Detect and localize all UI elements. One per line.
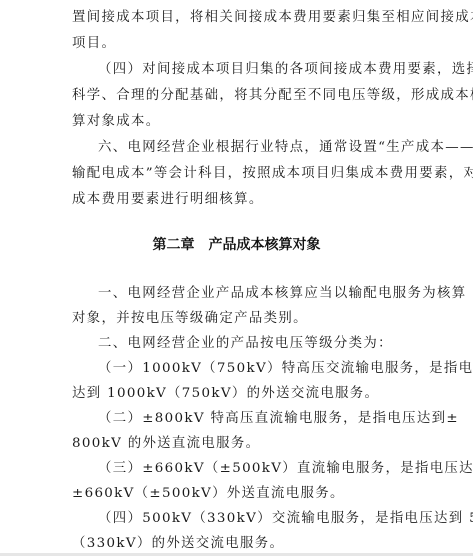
paragraph-line: ±660kV（±500kV）外送直流电服务。: [72, 486, 402, 502]
paragraph-line: 达到 1000kV（750kV）的外送交流电服务。: [72, 386, 402, 402]
paragraph-line: （一）1000kV（750kV）特高压交流输电服务，是指电压: [98, 361, 402, 377]
document-page: 置间接成本项目，将相关间接成本费用要素归集至相应间接成本 项目。 （四）对间接成…: [0, 0, 473, 553]
paragraph-line: 项目。: [72, 36, 402, 52]
chapter-heading: 第二章产品成本核算对象: [0, 236, 473, 254]
paragraph-line: 科学、合理的分配基础，将其分配至不同电压等级，形成成本核: [72, 88, 402, 104]
paragraph-line: （三）±660kV（±500kV）直流输电服务，是指电压达到: [98, 461, 402, 477]
chapter-number: 第二章: [153, 237, 195, 253]
paragraph-line: （330kV）的外送交流电服务。: [72, 536, 402, 552]
paragraph-line: 二、电网经营企业的产品按电压等级分类为：: [98, 336, 402, 352]
paragraph-line: 对象，并按电压等级确定产品类别。: [72, 311, 402, 327]
paragraph-line: （二）±800kV 特高压直流输电服务，是指电压达到±: [98, 411, 402, 427]
paragraph-line: 六、电网经营企业根据行业特点，通常设置“生产成本——: [98, 140, 402, 156]
chapter-title: 产品成本核算对象: [209, 237, 321, 253]
paragraph-line: 输配电成本”等会计科目，按照成本项目归集成本费用要素，对: [72, 166, 402, 182]
paragraph-line: 成本费用要素进行明细核算。: [72, 192, 402, 208]
paragraph-line: 置间接成本项目，将相关间接成本费用要素归集至相应间接成本: [72, 10, 402, 26]
paragraph-line: 800kV 的外送直流电服务。: [72, 436, 402, 452]
paragraph-line: 算对象成本。: [72, 114, 402, 130]
paragraph-line: （四）500kV（330kV）交流输电服务，是指电压达到 500kV: [98, 511, 402, 527]
paragraph-line: （四）对间接成本项目归集的各项间接成本费用要素，选择: [98, 62, 402, 78]
paragraph-line: 一、电网经营企业产品成本核算应当以输配电服务为核算: [98, 286, 402, 302]
